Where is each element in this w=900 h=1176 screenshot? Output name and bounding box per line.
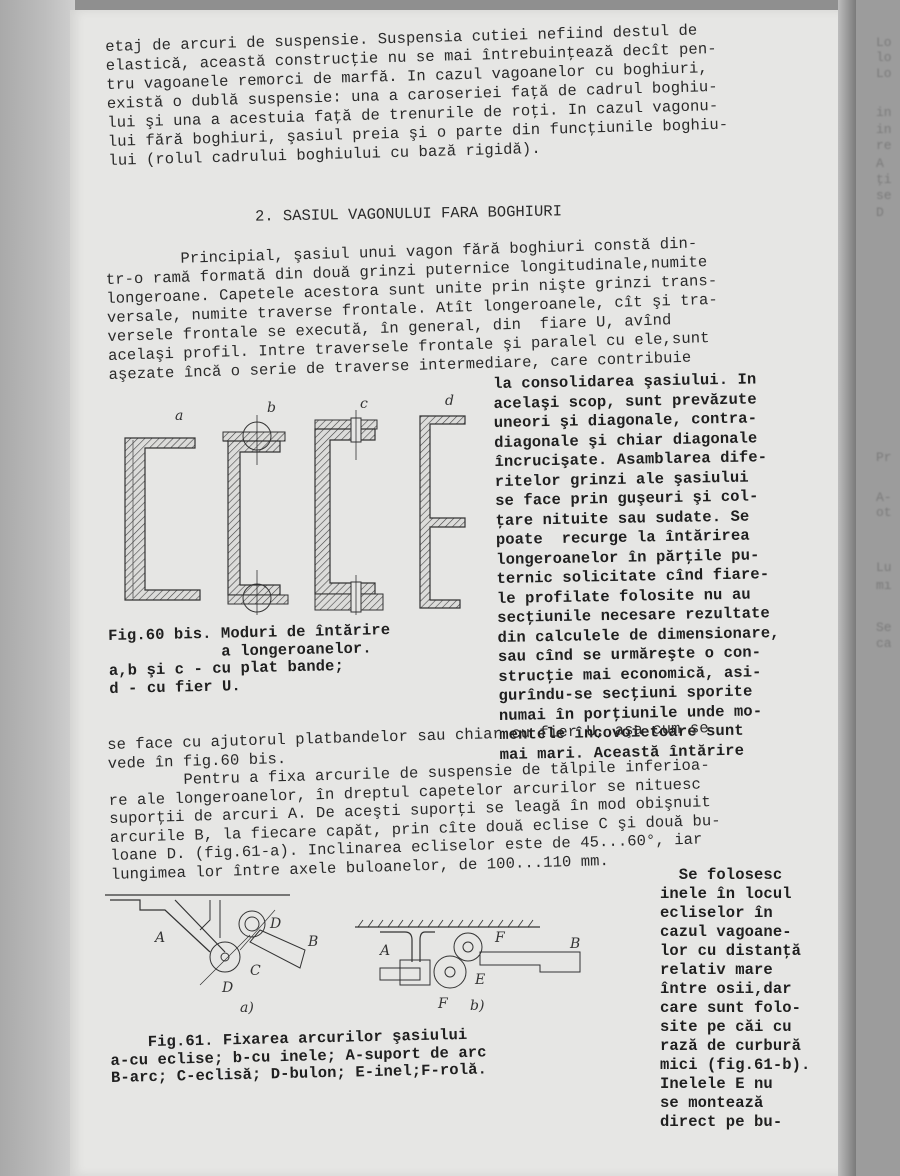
- figure-61b-label-F-top: F: [494, 930, 506, 946]
- adjacent-fragment: Se: [876, 620, 892, 635]
- paragraph-springs: se face cu ajutorul platbandelor sau chi…: [107, 719, 722, 884]
- text-line: cazul vagoane-: [660, 923, 810, 942]
- adjacent-fragment: se: [876, 188, 892, 203]
- text-line: lor cu distanţă: [660, 942, 810, 961]
- figure-61a-label-A: A: [153, 930, 165, 946]
- figure-label-c: c: [360, 396, 368, 412]
- paragraph-intro: etaj de arcuri de suspensie. Suspensia c…: [105, 21, 729, 171]
- adjacent-fragment: mı: [876, 578, 892, 593]
- text-line: mici (fig.61-b).: [660, 1056, 810, 1075]
- figure-label-d: d: [445, 393, 454, 409]
- adjacent-fragment: re: [876, 138, 892, 153]
- figure-61a-label-B: B: [307, 934, 318, 950]
- scan-left-edge: [0, 0, 75, 1176]
- text-line: Se folosesc: [660, 866, 810, 885]
- adjacent-fragment: ot: [876, 505, 892, 520]
- figure-label-b: b: [267, 400, 276, 416]
- text-line: se montează: [660, 1094, 810, 1113]
- adjacent-fragment: D: [876, 205, 884, 220]
- adjacent-fragment: Lo: [876, 35, 892, 50]
- adjacent-fragment: Lo: [876, 66, 892, 81]
- text-line: rază de curbură: [660, 1037, 810, 1056]
- figure-61b-label-E: E: [474, 972, 485, 988]
- text-line: Inelele E nu: [660, 1075, 810, 1094]
- paragraph-chassis: Principial, şasiul unui vagon fără boghi…: [105, 234, 720, 385]
- adjacent-page: LoloLoininreAţiseDPrA-otLumıSeca: [856, 0, 900, 1176]
- text-line: direct pe bu-: [660, 1113, 810, 1132]
- text-line: inele în locul: [660, 885, 810, 904]
- figure-61-spring-fixing: A B C D D a) A B E F F b): [100, 880, 600, 1030]
- adjacent-fragment: Lu: [876, 560, 892, 575]
- page-gutter-shadow: [838, 0, 856, 1176]
- text-line: relativ mare: [660, 961, 810, 980]
- text-line: ecliselor în: [660, 904, 810, 923]
- figure-61a-label-D-top: D: [269, 916, 281, 932]
- text-line: site pe căi cu: [660, 1018, 810, 1037]
- adjacent-fragment: in: [876, 105, 892, 120]
- text-line: care sunt folo-: [660, 999, 810, 1018]
- adjacent-fragment: A: [876, 156, 884, 171]
- figure-61b-label-B: B: [569, 936, 580, 952]
- adjacent-fragment: in: [876, 122, 892, 137]
- adjacent-fragment: A-: [876, 490, 892, 505]
- figure-61-caption: Fig.61. Fixarea arcurilor şasiuluia-cu e…: [110, 1026, 487, 1087]
- paragraph-rings: Se folosescinele în loculecliselor încaz…: [660, 866, 810, 1132]
- adjacent-fragment: Pr: [876, 450, 892, 465]
- figure-label-a: a: [175, 408, 183, 424]
- figure-60-longeron-profiles: a b c d: [115, 390, 475, 615]
- text-line: între osii,dar: [660, 980, 810, 999]
- figure-61-sublabel-b: b): [470, 998, 484, 1014]
- figure-61a-label-C: C: [250, 963, 261, 979]
- figure-61-sublabel-a: a): [240, 1000, 254, 1016]
- figure-61a-label-D-bottom: D: [221, 980, 233, 996]
- figure-61b-label-A: A: [378, 943, 390, 959]
- adjacent-fragment: ţi: [876, 172, 892, 187]
- adjacent-fragment: ca: [876, 636, 892, 651]
- paragraph-column-right: la consolidarea şasiului. Inacelaşi scop…: [493, 370, 782, 765]
- adjacent-fragment: lo: [876, 50, 892, 65]
- figure-61b-label-F-bottom: F: [437, 996, 449, 1012]
- figure-60-caption: Fig.60 bis. Moduri de întărire a longero…: [108, 622, 391, 698]
